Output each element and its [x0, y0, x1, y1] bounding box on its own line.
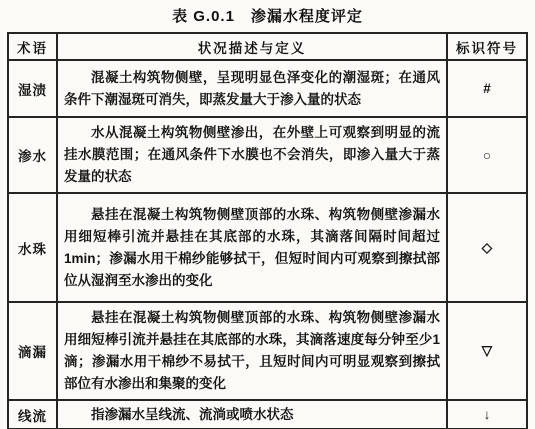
hash-symbol: #: [447, 60, 527, 117]
table-row: 滴漏悬挂在混凝土构筑物侧壁顶部的水珠、构筑物侧壁渗漏水用细短棒引流并悬挂在其底部…: [8, 302, 527, 400]
table-row: 湿渍混凝土构筑物侧壁，呈现明显色泽变化的潮湿斑；在通风条件下潮湿斑可消失，即蒸发…: [8, 60, 527, 117]
leakage-evaluation-table: 术语 状况描述与定义 标识符号 湿渍混凝土构筑物侧壁，呈现明显色泽变化的潮湿斑；…: [7, 32, 528, 429]
description-text: 水从混凝土构筑物侧壁渗出，在外壁上可观察到明显的流挂水膜范围；在通风条件下水膜也…: [64, 122, 440, 188]
triangle-down-symbol: ▽: [447, 302, 527, 400]
table-row: 线流指渗漏水呈线流、流淌或喷水状态↓: [8, 400, 527, 429]
arrow-down-symbol: ↓: [447, 400, 527, 429]
description-cell: 指渗漏水呈线流、流淌或喷水状态: [57, 400, 447, 429]
description-cell: 悬挂在混凝土构筑物侧壁顶部的水珠、构筑物侧壁渗漏水用细短棒引流并悬挂在其底部的水…: [57, 302, 447, 400]
term-cell: 线流: [8, 400, 57, 429]
description-text: 混凝土构筑物侧壁，呈现明显色泽变化的潮湿斑；在通风条件下潮湿斑可消失，即蒸发量大…: [64, 67, 440, 111]
description-cell: 混凝土构筑物侧壁，呈现明显色泽变化的潮湿斑；在通风条件下潮湿斑可消失，即蒸发量大…: [57, 60, 447, 117]
term-cell: 渗水: [8, 117, 57, 193]
table-header-row: 术语 状况描述与定义 标识符号: [8, 33, 527, 60]
table-body: 湿渍混凝土构筑物侧壁，呈现明显色泽变化的潮湿斑；在通风条件下潮湿斑可消失，即蒸发…: [8, 60, 527, 429]
table-row: 渗水水从混凝土构筑物侧壁渗出，在外壁上可观察到明显的流挂水膜范围；在通风条件下水…: [8, 117, 527, 193]
header-term: 术语: [8, 33, 57, 60]
term-cell: 滴漏: [8, 302, 57, 400]
circle-symbol: ○: [447, 117, 527, 193]
description-cell: 水从混凝土构筑物侧壁渗出，在外壁上可观察到明显的流挂水膜范围；在通风条件下水膜也…: [57, 117, 447, 193]
diamond-symbol: ◇: [447, 193, 527, 302]
term-cell: 湿渍: [8, 60, 57, 117]
description-cell: 悬挂在混凝土构筑物侧壁顶部的水珠、构筑物侧壁渗漏水用细短棒引流并悬挂在其底部的水…: [57, 193, 447, 302]
description-text: 悬挂在混凝土构筑物侧壁顶部的水珠、构筑物侧壁渗漏水用细短棒引流并悬挂在其底部的水…: [64, 307, 440, 395]
term-cell: 水珠: [8, 193, 57, 302]
header-symbol: 标识符号: [447, 33, 527, 60]
table-row: 水珠悬挂在混凝土构筑物侧壁顶部的水珠、构筑物侧壁渗漏水用细短棒引流并悬挂在其底部…: [8, 193, 527, 302]
table-title: 表 G.0.1 渗漏水程度评定: [0, 0, 535, 26]
description-text: 指渗漏水呈线流、流淌或喷水状态: [64, 404, 440, 426]
header-description: 状况描述与定义: [57, 33, 447, 60]
description-text: 悬挂在混凝土构筑物侧壁顶部的水珠、构筑物侧壁渗漏水用细短棒引流并悬挂在其底部的水…: [64, 204, 440, 292]
